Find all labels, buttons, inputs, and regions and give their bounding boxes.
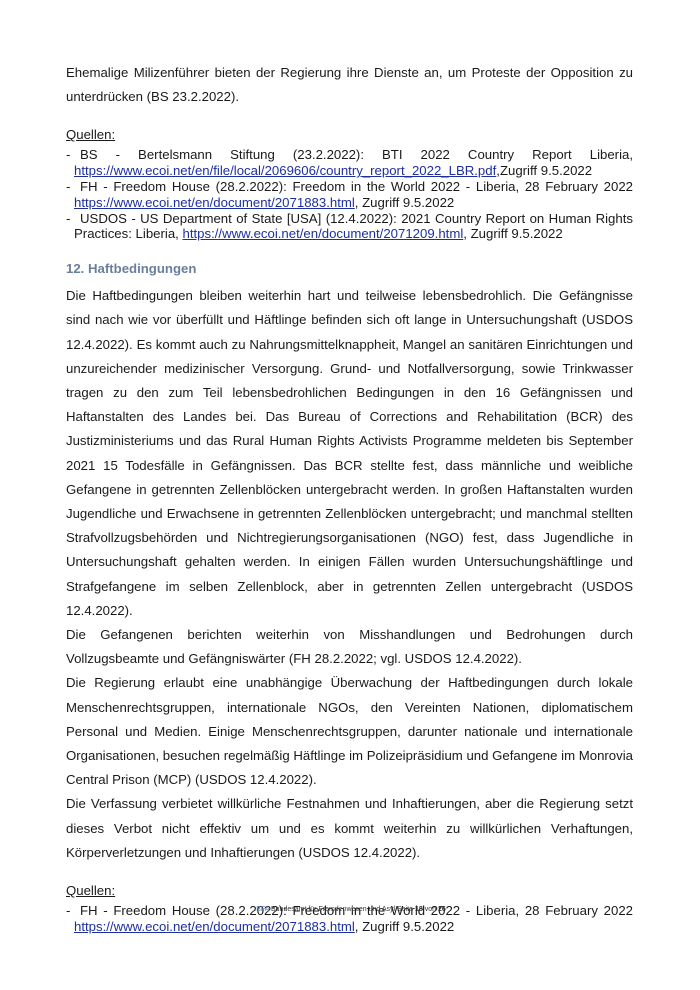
- intro-paragraph: Ehemalige Milizenführer bieten der Regie…: [66, 61, 633, 109]
- source-access-date: , Zugriff 9.5.2022: [355, 919, 454, 934]
- source-item: -USDOS - US Department of State [USA] (1…: [66, 211, 633, 243]
- section-title: Haftbedingungen: [88, 261, 196, 276]
- source-link[interactable]: https://www.ecoi.net/en/document/2071209…: [182, 226, 463, 241]
- source-text: FH - Freedom House (28.2.2022): Freedom …: [80, 179, 633, 194]
- section-number: 12.: [66, 260, 88, 278]
- list-dash: -: [66, 147, 80, 163]
- sources-list: -BS - Bertelsmann Stiftung (23.2.2022): …: [66, 147, 633, 242]
- footer-of-label: von: [423, 906, 438, 913]
- section-heading: 12.Haftbedingungen: [66, 260, 633, 278]
- source-link[interactable]: https://www.ecoi.net/en/file/local/20696…: [74, 163, 496, 178]
- source-item: -BS - Bertelsmann Stiftung (23.2.2022): …: [66, 147, 633, 179]
- list-dash: -: [66, 211, 80, 227]
- source-access-date: ,Zugriff 9.5.2022: [496, 163, 592, 178]
- body-paragraph: Die Haftbedingungen bleiben weiterhin ha…: [66, 284, 633, 623]
- current-page-number: 18: [415, 906, 423, 913]
- body-paragraph: Die Regierung erlaubt eine unabhängige Ü…: [66, 671, 633, 792]
- source-access-date: , Zugriff 9.5.2022: [355, 195, 454, 210]
- footer-text: Bundesamt für Fremdenwesen und Asyl Seit…: [269, 906, 415, 913]
- source-link[interactable]: https://www.ecoi.net/en/document/2071883…: [74, 919, 355, 934]
- body-paragraph: Die Gefangenen berichten weiterhin von M…: [66, 623, 633, 671]
- total-page-count: 26: [438, 906, 446, 913]
- source-link[interactable]: https://www.ecoi.net/en/document/2071883…: [74, 195, 355, 210]
- page-footer: .BFA Bundesamt für Fremdenwesen und Asyl…: [0, 906, 700, 913]
- source-text: BS - Bertelsmann Stiftung (23.2.2022): B…: [80, 147, 633, 162]
- document-page: Ehemalige Milizenführer bieten der Regie…: [66, 0, 633, 935]
- sources-label: Quellen:: [66, 882, 633, 900]
- bfa-logo: .BFA: [254, 906, 269, 913]
- source-item: -FH - Freedom House (28.2.2022): Freedom…: [66, 179, 633, 211]
- source-access-date: , Zugriff 9.5.2022: [463, 226, 562, 241]
- list-dash: -: [66, 179, 80, 195]
- sources-label: Quellen:: [66, 126, 633, 144]
- body-paragraph: Die Verfassung verbietet willkürliche Fe…: [66, 792, 633, 865]
